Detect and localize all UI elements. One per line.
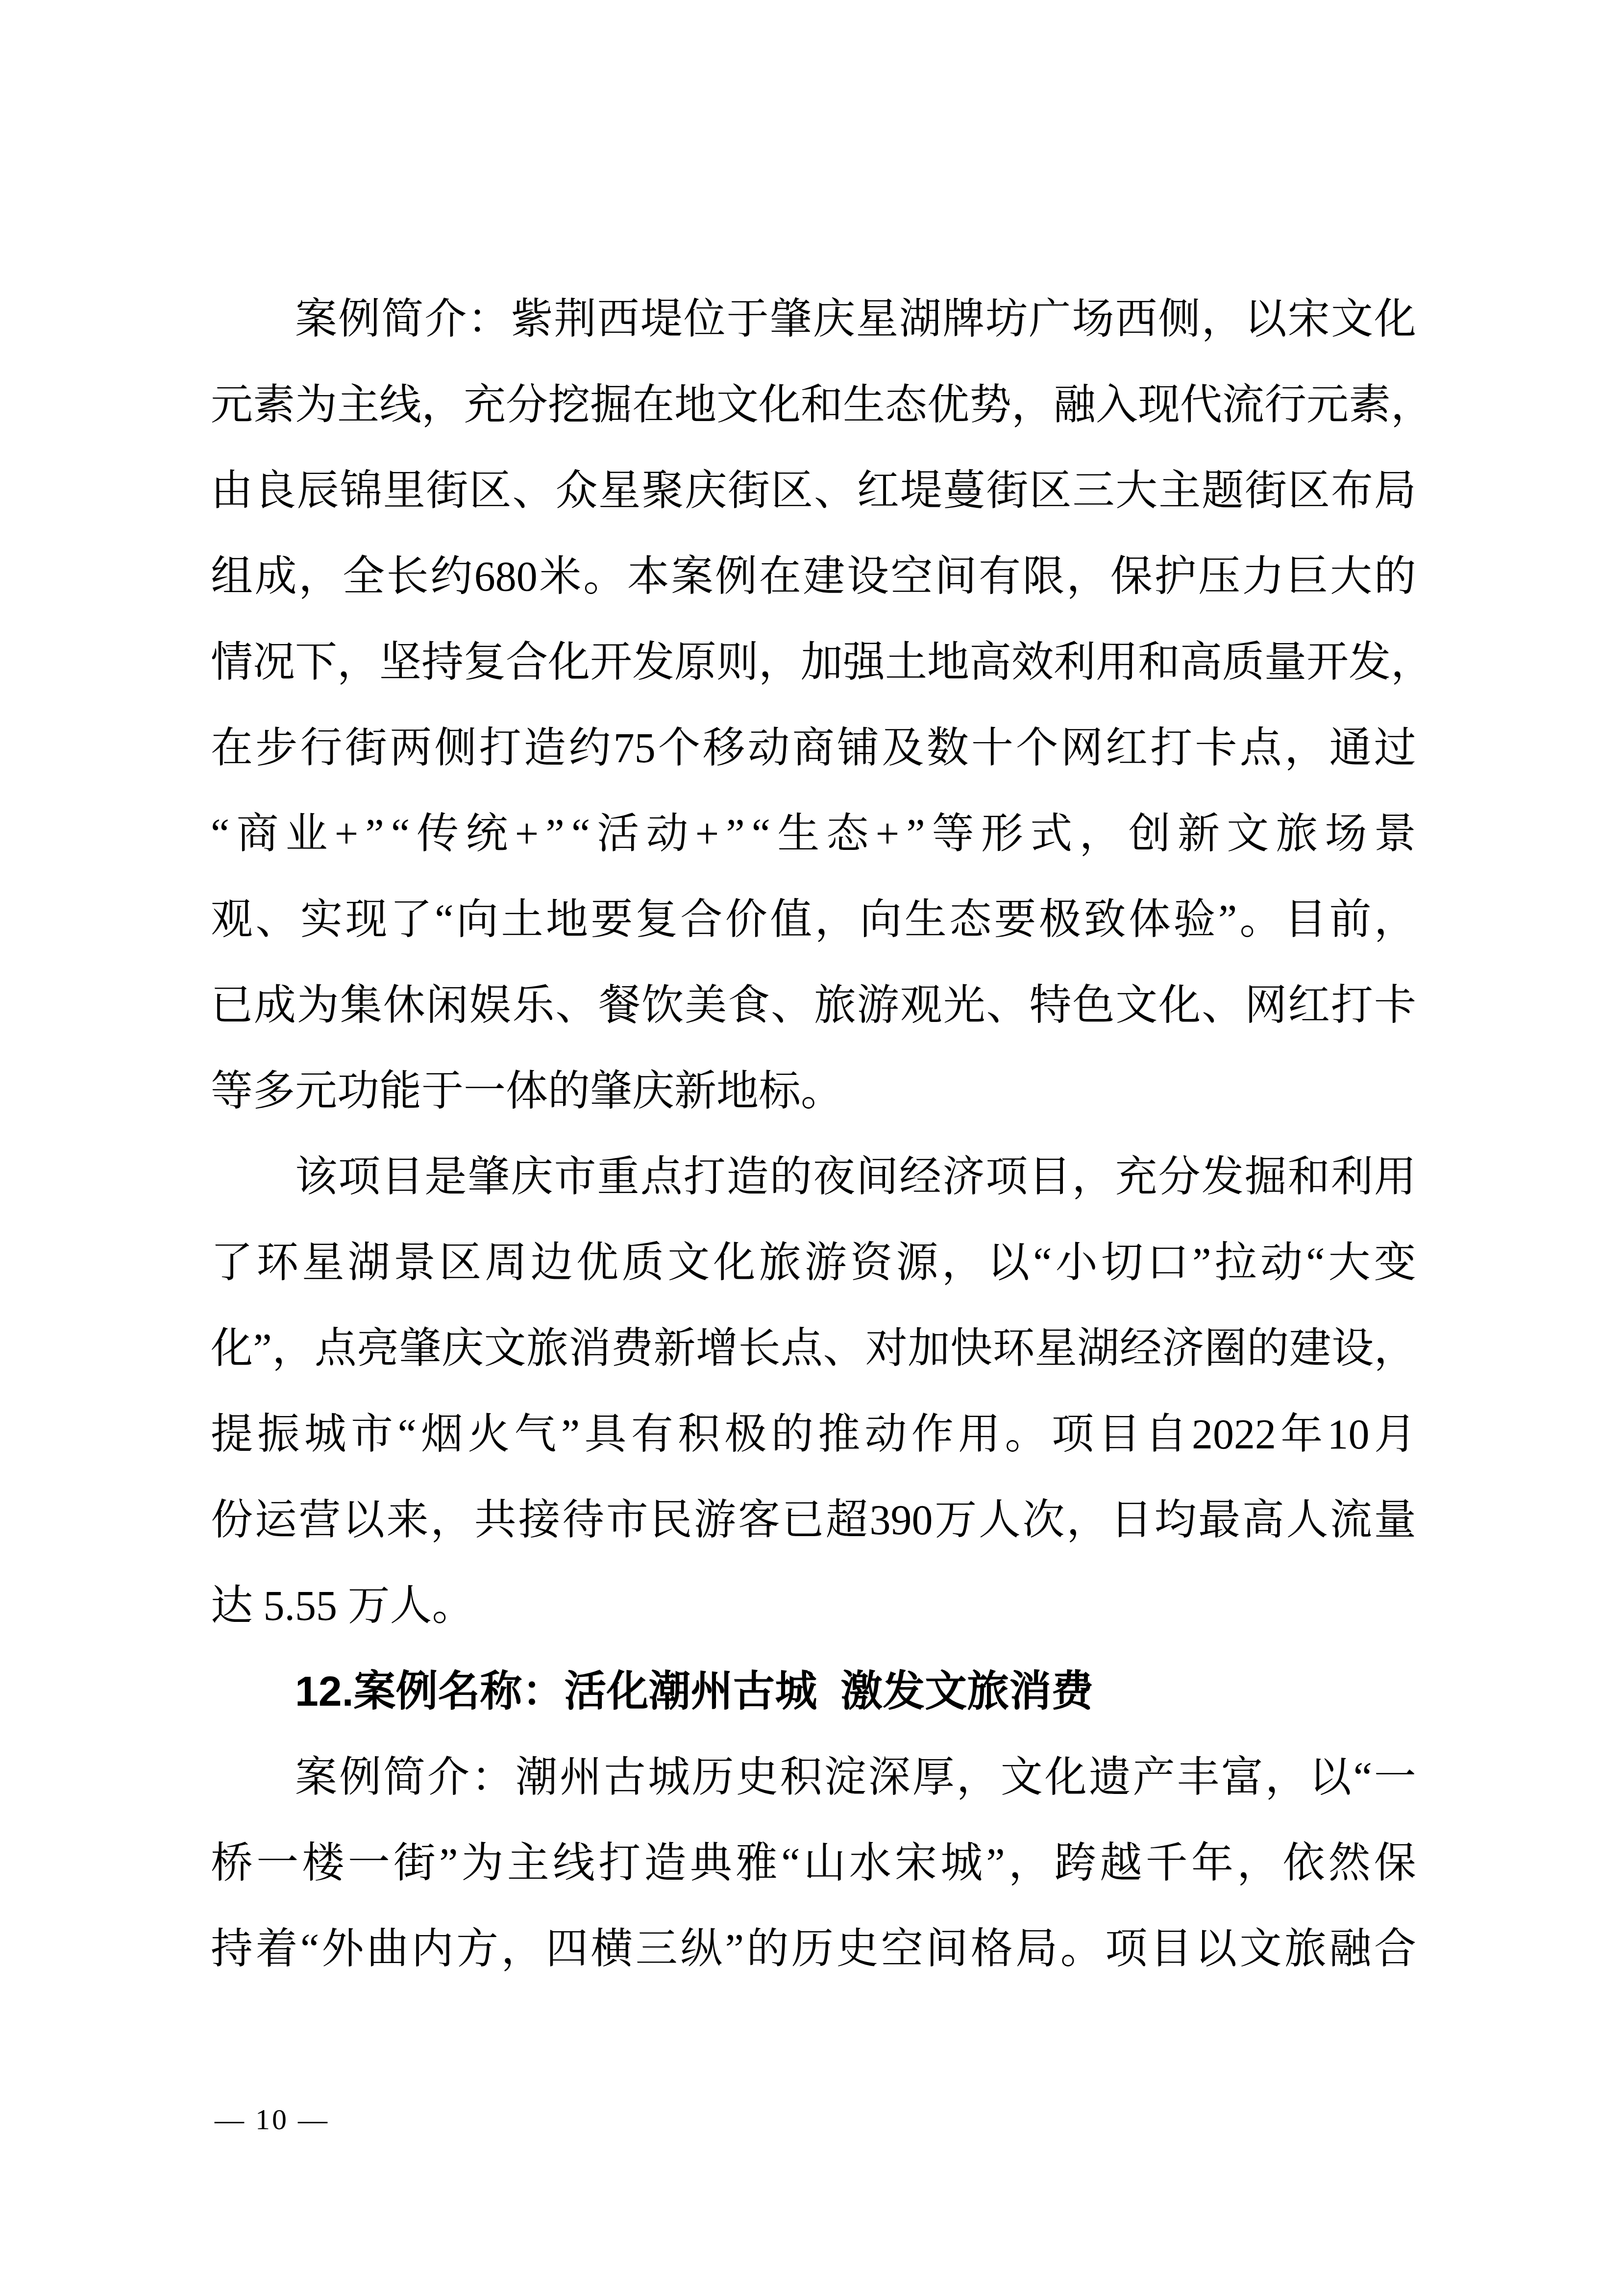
para2-line2: 了环星湖景区周边优质文化旅游资源，以“小切口”拉动“大变 <box>211 1220 1416 1306</box>
para2-line6: 达 5.55 万人。 <box>211 1563 1416 1649</box>
para2-line5: 份运营以来，共接待市民游客已超390万人次，日均最高人流量 <box>211 1477 1416 1563</box>
para1-line3: 由良辰锦里街区、众星聚庆街区、红堤蔓街区三大主题街区布局 <box>211 448 1416 534</box>
para1-line9: 已成为集休闲娱乐、餐饮美食、旅游观光、特色文化、网红打卡 <box>211 963 1416 1048</box>
para3-line2: 桥一楼一街”为主线打造典雅“山水宋城”，跨越千年，依然保 <box>211 1820 1416 1906</box>
para1-line1: 案例简介：紫荆西堤位于肇庆星湖牌坊广场西侧，以宋文化 <box>211 276 1416 362</box>
para1-line7: “商业+”“传统+”“活动+”“生态+”等形式，创新文旅场景 <box>211 791 1416 877</box>
para3-line1: 案例简介：潮州古城历史积淀深厚，文化遗产丰富，以“一 <box>211 1735 1416 1820</box>
para2-line3: 化”，点亮肇庆文旅消费新增长点、对加快环星湖经济圈的建设， <box>211 1306 1416 1392</box>
text-block: 案例简介：紫荆西堤位于肇庆星湖牌坊广场西侧，以宋文化 元素为主线，充分挖掘在地文… <box>211 276 1416 1992</box>
para1-line4: 组成，全长约680米。本案例在建设空间有限，保护压力巨大的 <box>211 534 1416 620</box>
para2-line1: 该项目是肇庆市重点打造的夜间经济项目，充分发掘和利用 <box>211 1134 1416 1220</box>
para1-line10: 等多元功能于一体的肇庆新地标。 <box>211 1048 1416 1134</box>
para1-line8: 观、实现了“向土地要复合价值，向生态要极致体验”。目前， <box>211 877 1416 963</box>
section-heading-case12: 12.案例名称：活化潮州古城 激发文旅消费 <box>211 1649 1416 1735</box>
para3-line3: 持着“外曲内方，四横三纵”的历史空间格局。项目以文旅融合 <box>211 1906 1416 1992</box>
para1-line2: 元素为主线，充分挖掘在地文化和生态优势，融入现代流行元素， <box>211 362 1416 448</box>
page-number: — 10 — <box>215 2099 329 2140</box>
para2-line4: 提振城市“烟火气”具有积极的推动作用。项目自2022年10月 <box>211 1392 1416 1477</box>
para1-line6: 在步行街两侧打造约75个移动商铺及数十个网红打卡点，通过 <box>211 705 1416 791</box>
document-page: 案例简介：紫荆西堤位于肇庆星湖牌坊广场西侧，以宋文化 元素为主线，充分挖掘在地文… <box>0 0 1624 2288</box>
para1-line5: 情况下，坚持复合化开发原则，加强土地高效利用和高质量开发， <box>211 620 1416 705</box>
